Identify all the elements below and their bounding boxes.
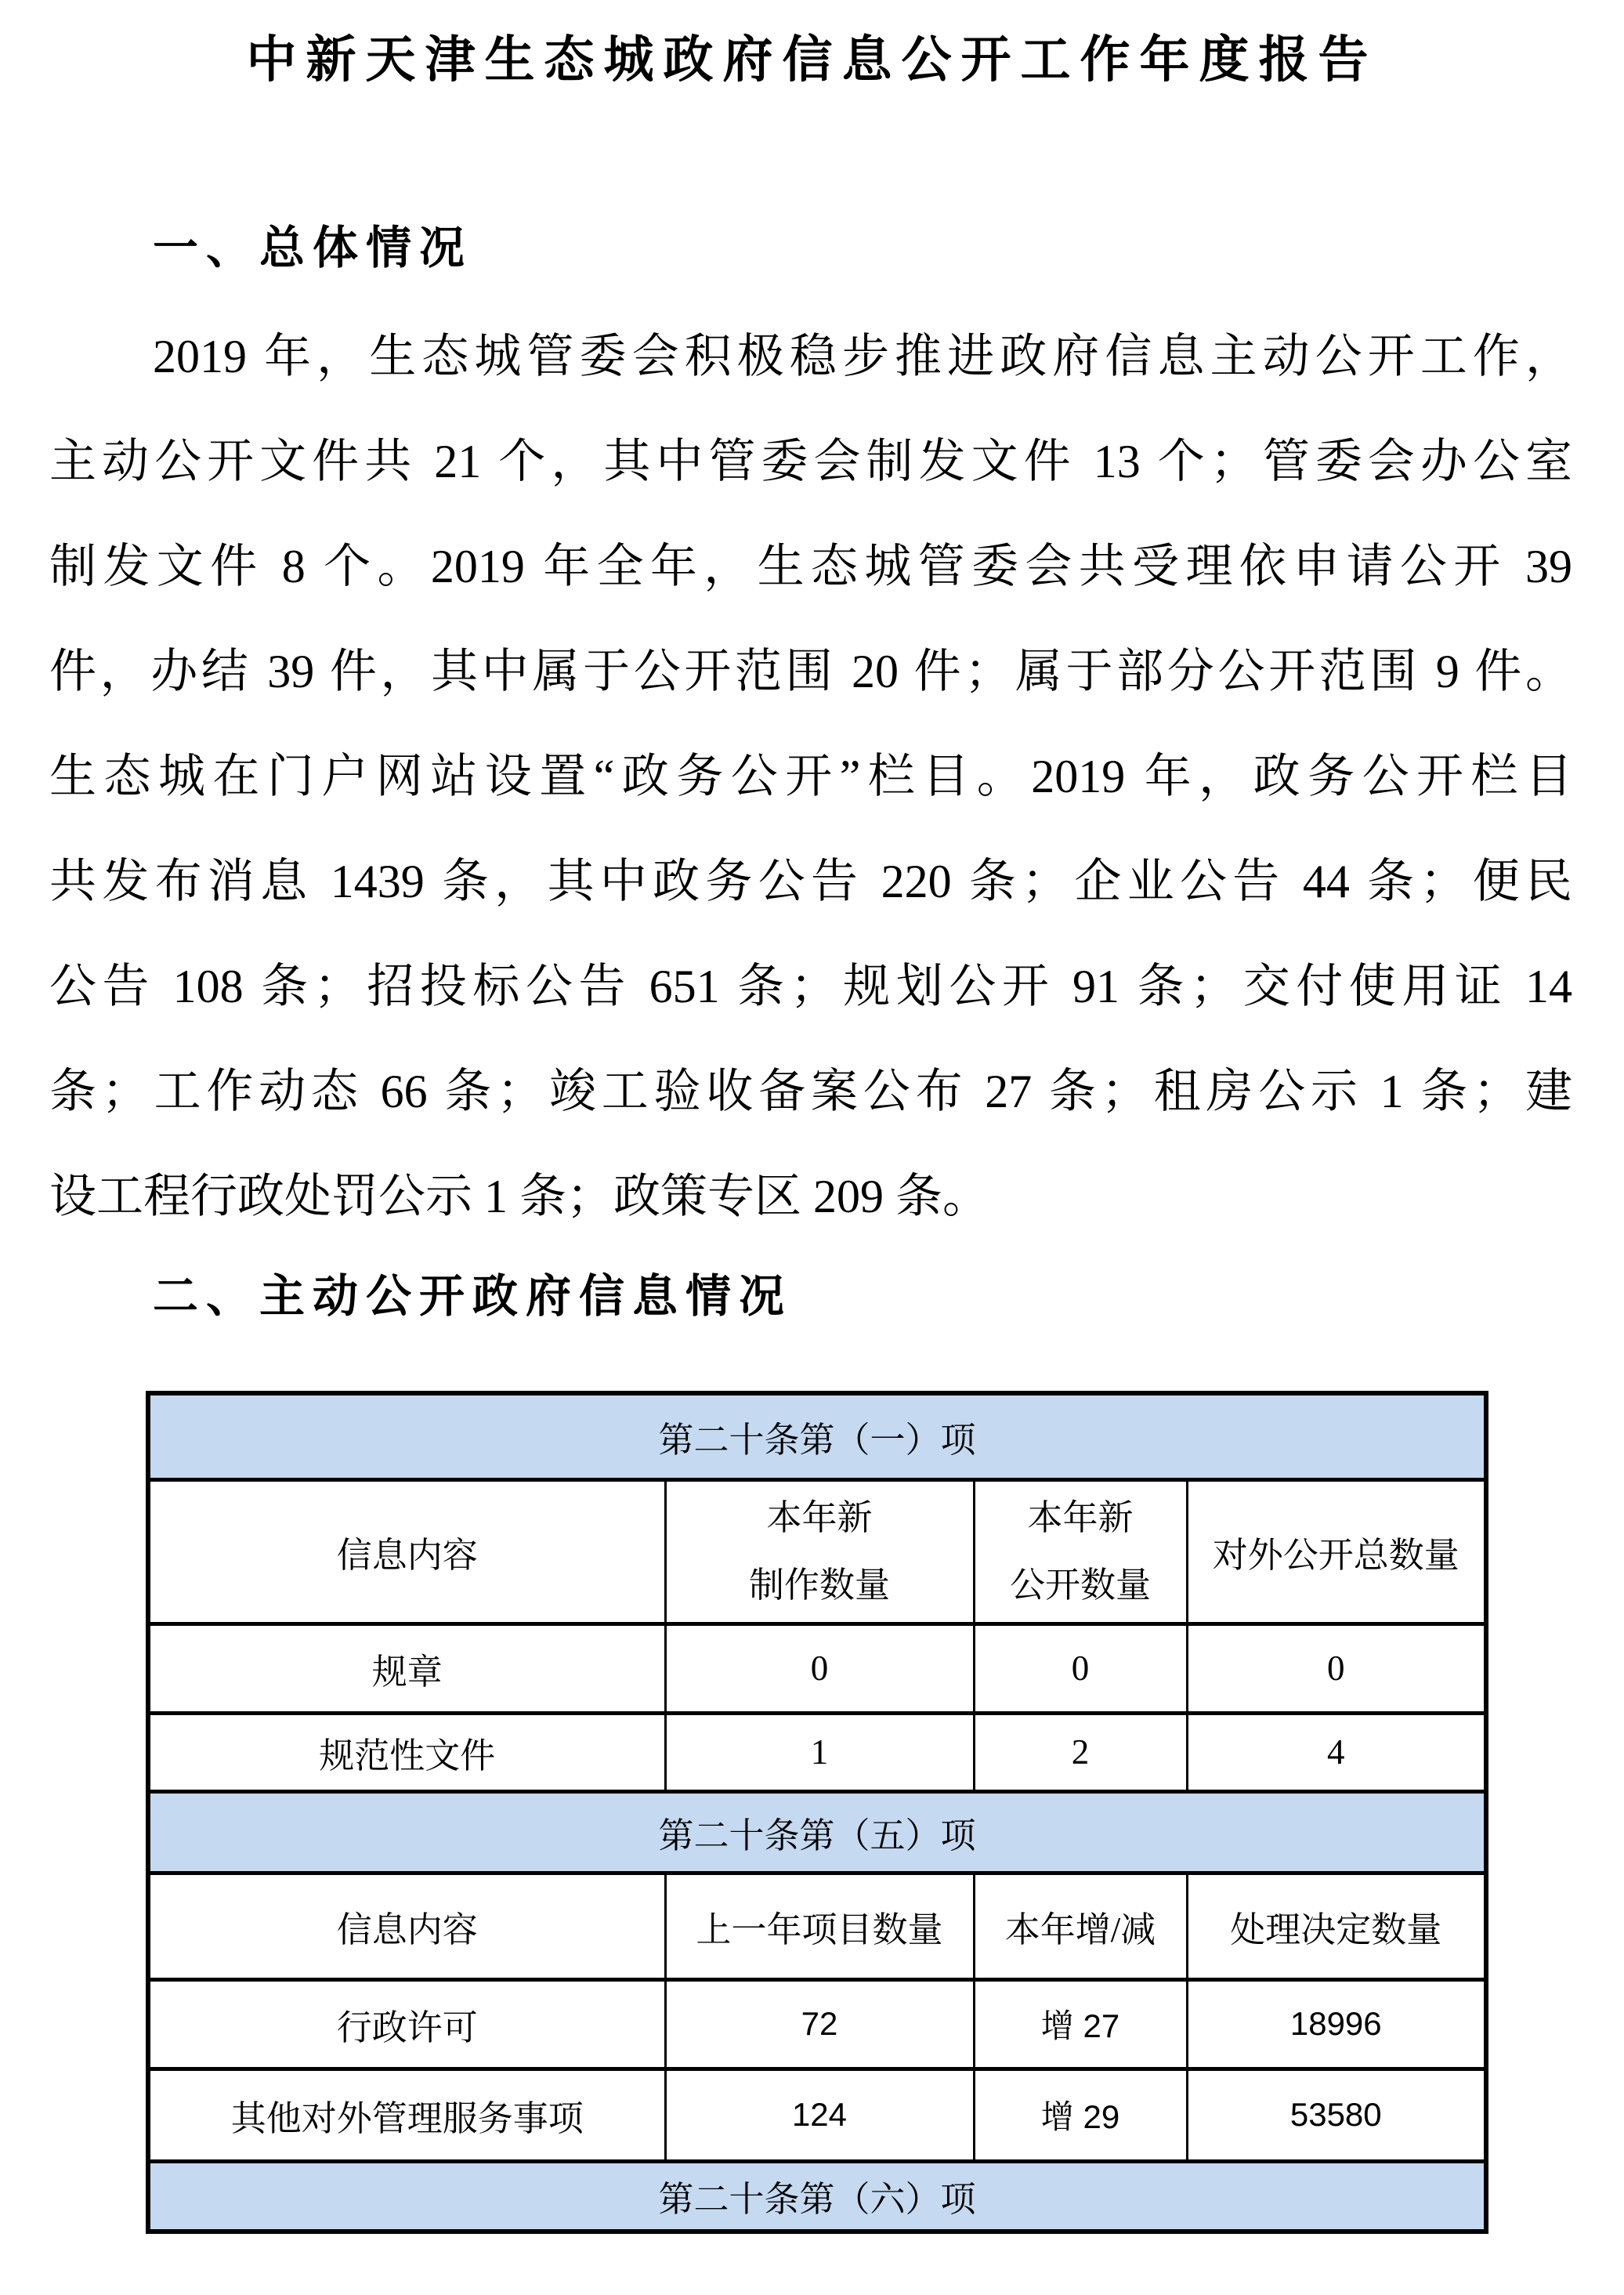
- table-cell: 增 27: [974, 1979, 1187, 2069]
- section-1-heading: 一、总体情况: [153, 224, 1624, 273]
- row-regulations: 规章 0 0 0: [148, 1624, 1486, 1713]
- header-info-content-1: 信息内容: [148, 1479, 665, 1624]
- header-decision-count: 处理决定数量: [1187, 1873, 1486, 1979]
- table-row: 信息内容 本年新 制作数量 本年新 公开数量 对外公开总数量: [148, 1479, 1486, 1624]
- table-cell: 4: [1187, 1713, 1486, 1791]
- table-cell: 规章: [148, 1624, 665, 1713]
- header-year-change: 本年增/减: [974, 1873, 1187, 1979]
- header-info-content-2: 信息内容: [148, 1873, 665, 1979]
- row-admin-licensing: 行政许可 72 增 27 18996: [148, 1979, 1486, 2069]
- table-cell: 0: [665, 1624, 974, 1713]
- row-other-services: 其他对外管理服务事项 124 增 29 53580: [148, 2069, 1486, 2161]
- table-cell: 其他对外管理服务事项: [148, 2069, 665, 2161]
- table-cell: 53580: [1187, 2069, 1486, 2161]
- paragraph-line-2: 主动公开文件共 21 个，其中管委会制发文件 13 个；管委会办公室: [49, 409, 1572, 514]
- paragraph-line-8: 条；工作动态 66 条；竣工验收备案公布 27 条；租房公示 1 条；建: [49, 1039, 1572, 1144]
- table-band-article20-item5: 第二十条第（五）项: [148, 1791, 1486, 1873]
- row-normative-documents: 规范性文件 1 2 4: [148, 1713, 1486, 1791]
- header-prev-year-count: 上一年项目数量: [665, 1873, 974, 1979]
- table-row: 第二十条第（五）项: [148, 1791, 1486, 1873]
- table-cell: 规范性文件: [148, 1713, 665, 1791]
- paragraph-line-7: 公告 108 条；招投标公告 651 条；规划公开 91 条；交付使用证 14: [49, 934, 1572, 1039]
- table-band-article20-item6: 第二十条第（六）项: [148, 2161, 1486, 2232]
- header-new-made-line1: 本年新: [667, 1484, 973, 1551]
- table-cell: 增 29: [974, 2069, 1187, 2161]
- section-2-heading: 二、主动公开政府信息情况: [153, 1272, 1624, 1321]
- table-row: 第二十条第（一）项: [148, 1393, 1486, 1479]
- header-new-open-line1: 本年新: [975, 1484, 1186, 1551]
- header-new-made-line2: 制作数量: [667, 1551, 973, 1619]
- table-band-article20-item1: 第二十条第（一）项: [148, 1393, 1486, 1479]
- table-cell: 1: [665, 1713, 974, 1791]
- header-new-open: 本年新 公开数量: [974, 1479, 1187, 1624]
- table-cell: 18996: [1187, 1979, 1486, 2069]
- document-page: 中新天津生态城政府信息公开工作年度报告 一、总体情况 2019 年，生态城管委会…: [0, 0, 1624, 2295]
- header-new-open-line2: 公开数量: [975, 1551, 1186, 1619]
- paragraph-line-9: 设工程行政处罚公示 1 条；政策专区 209 条。: [49, 1144, 1572, 1249]
- table-cell: 124: [665, 2069, 974, 2161]
- paragraph-line-3: 制发文件 8 个。2019 年全年，生态城管委会共受理依申请公开 39: [49, 514, 1572, 619]
- table-cell: 行政许可: [148, 1979, 665, 2069]
- document-title: 中新天津生态城政府信息公开工作年度报告: [0, 28, 1624, 92]
- header-new-made: 本年新 制作数量: [665, 1479, 974, 1624]
- paragraph-line-6: 共发布消息 1439 条，其中政务公告 220 条；企业公告 44 条；便民: [49, 829, 1572, 934]
- section-1-paragraph: 2019 年，生态城管委会积极稳步推进政府信息主动公开工作， 主动公开文件共 2…: [49, 304, 1572, 1249]
- paragraph-line-1: 2019 年，生态城管委会积极稳步推进政府信息主动公开工作，: [49, 304, 1572, 409]
- paragraph-line-4: 件，办结 39 件，其中属于公开范围 20 件；属于部分公开范围 9 件。: [49, 619, 1572, 724]
- header-total-open: 对外公开总数量: [1187, 1479, 1486, 1624]
- table-row: 信息内容 上一年项目数量 本年增/减 处理决定数量: [148, 1873, 1486, 1979]
- paragraph-line-5: 生态城在门户网站设置“政务公开”栏目。2019 年，政务公开栏目: [49, 724, 1572, 829]
- table-cell: 0: [1187, 1624, 1486, 1713]
- table-cell: 0: [974, 1624, 1187, 1713]
- disclosure-table: 第二十条第（一）项 信息内容 本年新 制作数量 本年新 公开数量 对外公开总数量…: [146, 1391, 1488, 2234]
- table-cell: 72: [665, 1979, 974, 2069]
- table-row: 第二十条第（六）项: [148, 2161, 1486, 2232]
- table-cell: 2: [974, 1713, 1187, 1791]
